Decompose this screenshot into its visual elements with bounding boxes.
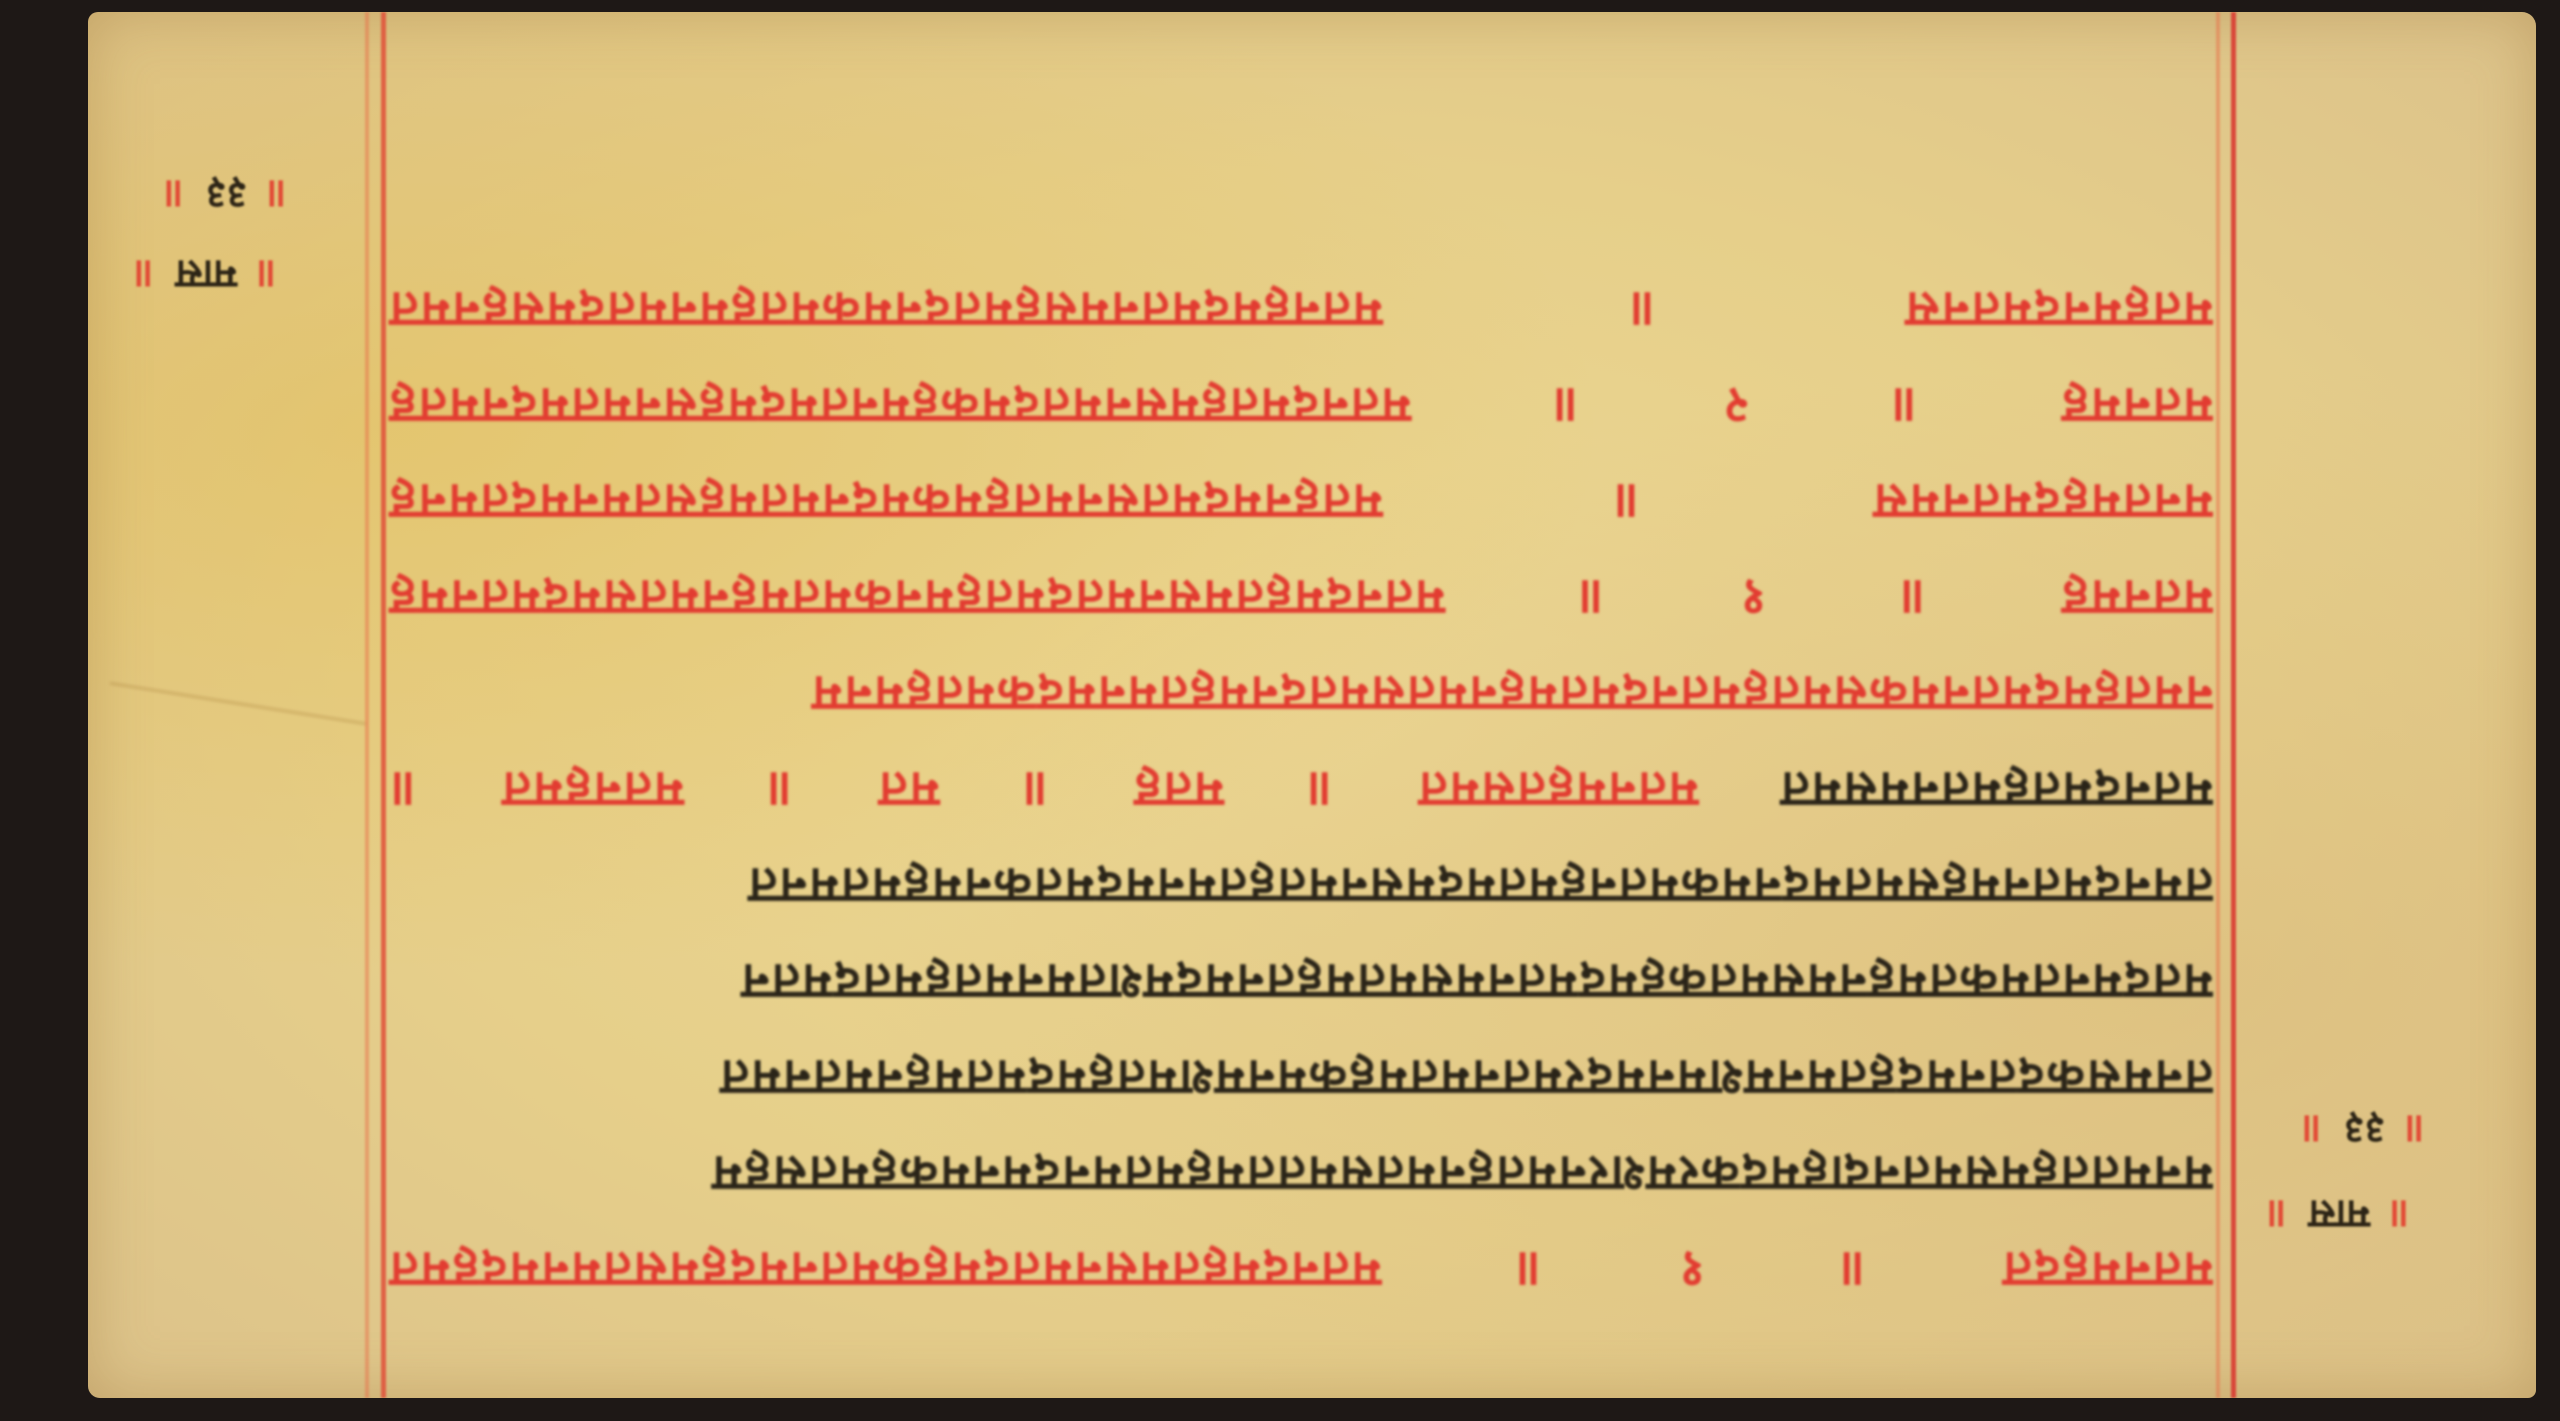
rubric-line-6: नमतहमदमतनमकसमतहमतनदमतमहनमतसमतदनमहतमनमदकम… [388, 651, 2213, 737]
left-title-mark: ॥ मास ॥ [133, 254, 280, 294]
rubric-line-8: मनतमहदमतनमस ॥ मतहनमदमतसनमतहमकमदनमतमहसतमन… [388, 459, 2213, 545]
manuscript-folio: ॥ ३३ ॥ ॥ मास ॥ ॥ ३३ ॥ ॥ मास ॥ मनमततहमसमत… [88, 12, 2536, 1398]
folio-digits: ३३ [2344, 1106, 2386, 1152]
folio-digits: ३३ [206, 171, 248, 217]
right-margin-rule-outer [2231, 12, 2236, 1398]
double-danda: ॥ [2301, 1106, 2325, 1152]
text-line-2: तनमसकदतनमदहतमनमशमनमदरमतनमतमहकमनमशमतहमदमत… [388, 1035, 2213, 1121]
rubric-line-9: मतनमह ॥ २ ॥ मतनदमतहमसनमतदमकहमनतमदमहसनमतम… [388, 363, 2213, 449]
double-danda: ॥ [2266, 1191, 2290, 1237]
photo-background: ॥ ३३ ॥ ॥ मास ॥ ॥ ३३ ॥ ॥ मास ॥ मनमततहमसमत… [0, 0, 2560, 1421]
text-line-1: मनमततहमसमतनदाहमदकरमशरनमतहनमतसमततमहमतमनदम… [388, 1131, 2213, 1217]
left-folio-number: ॥ ३३ ॥ [163, 174, 290, 214]
double-danda: ॥ [163, 171, 187, 217]
rubric-line-7: मतनमह ॥ १ ॥ मतनदमहतमसनमतदमतहमनकमतमहनमतसम… [388, 555, 2213, 641]
rubric-segment: मतनमहतसमत ॥ मतह ॥ मत ॥ मतनहमत ॥ [388, 761, 1698, 819]
rubric-line-11: मतनमहदत ॥ १ ॥ मतनदमहतमसनमतदमहकमतनमदहमसतम… [388, 1227, 2213, 1313]
right-folio-number: ॥ ३३ ॥ [2301, 1109, 2428, 1149]
black-ink-segment: मतनदमतहमतनमसमत [1779, 761, 2213, 819]
text-line-5-mixed: मतनदमतहमतनमसमत मतनमहतसमत ॥ मतह ॥ मत ॥ मत… [388, 747, 2213, 833]
double-danda: ॥ [2404, 1106, 2428, 1152]
paper-fold-crease [109, 682, 366, 726]
right-title-mark: ॥ मास ॥ [2266, 1194, 2413, 1234]
double-danda: ॥ [266, 171, 290, 217]
double-danda: ॥ [256, 251, 280, 297]
text-line-4: तमनदमतनमहसमतमदनमकमतनहमतमदमसनमतहतमनमदमतकन… [388, 843, 2213, 929]
double-danda: ॥ [133, 251, 157, 297]
left-margin-rule-outer [365, 12, 369, 1398]
left-margin-rule-inner [381, 12, 386, 1398]
text-line-3: मतदमनतमकतमहनमसमतकहमदमतनमसमतमहतनमदमशतमनमत… [388, 939, 2213, 1025]
rubric-line-10: मतहमनदमतनस ॥ मतनहमदमतनमसहमतदनमकमतहमनमतदम… [388, 267, 2213, 353]
title-abbrev: मास [2309, 1191, 2370, 1237]
title-abbrev: मास [176, 251, 237, 297]
manuscript-text-block: मनमततहमसमतनदाहमदकरमशरनमतहनमतसमततमहमतमनदम… [388, 257, 2213, 1217]
right-margin-rule-inner [2216, 12, 2220, 1398]
double-danda: ॥ [2389, 1191, 2413, 1237]
